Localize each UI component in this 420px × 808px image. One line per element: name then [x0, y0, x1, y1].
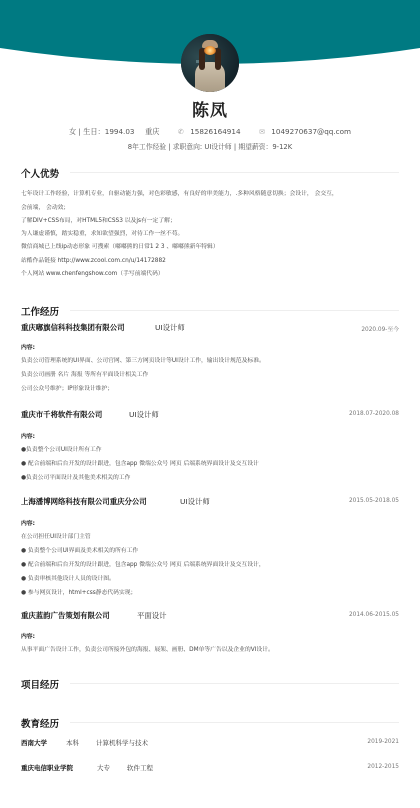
job-role: UI设计师: [180, 496, 210, 507]
edu-date: 2012-2015: [367, 764, 399, 770]
mail-icon: ✉: [259, 128, 265, 136]
section-divider: [70, 310, 399, 311]
job-line: 公司公众号维护；IP形象设计维护；: [21, 383, 113, 392]
section-title-projects: 项目经历: [21, 677, 59, 691]
job-line: 在公司担任UI设计部门主管: [21, 531, 91, 540]
job-line: ● 配合前端和后台开发的设计跟进，包含app 微端公众号 网页 后端系统界面设计…: [21, 559, 265, 568]
job-date: 2018.07-2020.08: [349, 411, 399, 417]
job-company: 上海潘博网络科技有限公司重庆分公司: [21, 496, 147, 507]
advantage-line: 了解DIV+CSS布局，对HTML5和CSS3 以及js有一定了解；: [21, 215, 176, 224]
job-line: 从事平面广告设计工作，负责公司所接外包的海报、展架、画册、DM单等广告以及企业的…: [21, 644, 274, 653]
advantage-line: 微信商城已上线ip动态形象 可搜索（嘟嘟熊的日常1 2 3 、嘟嘟熊新年特辑）: [21, 241, 219, 250]
job-company: 重庆嘟旗信科科技集团有限公司: [21, 322, 124, 333]
content-label: 内容:: [21, 431, 35, 440]
section-title-advantages: 个人优势: [21, 166, 59, 180]
job-company: 重庆蓝韵广告策划有限公司: [21, 610, 110, 621]
section-divider: [70, 722, 399, 723]
phone: 15826164914: [190, 127, 240, 136]
section-divider: [70, 172, 399, 173]
edu-degree: 大专: [97, 763, 110, 772]
section-title-education: 教育经历: [21, 716, 59, 730]
summary-line: 8年工作经验 | 求职意向: UI设计师 | 期望薪资：9-12K: [0, 141, 420, 151]
job-role: UI设计师: [155, 322, 185, 333]
job-line: ●负责公司平面设计及其他美术相关的工作: [21, 472, 130, 481]
job-date: 2015.05-2018.05: [349, 498, 399, 504]
job-line: ● 配合前端和后台开发的设计跟进，包含app 微端公众号 网页 后端系统界面设计…: [21, 458, 259, 467]
contact-line: 女 | 生日：1994.03 重庆 ✆ 15826164914 ✉ 104927…: [0, 127, 420, 137]
advantage-line: 为人谦虚谨慎，踏实稳重，求知欲望强烈，对待工作一丝不苟。: [21, 228, 183, 237]
city: 重庆: [145, 127, 159, 137]
edu-major: 计算机科学与技术: [96, 738, 148, 747]
content-label: 内容:: [21, 518, 35, 527]
avatar: [181, 34, 239, 92]
job-date: 2014.06-2015.05: [349, 612, 399, 618]
job-line: ● 负责审核其他设计人员的设计图。: [21, 573, 115, 582]
job-line: 负责公司画册 名片 海报 等所有平面设计相关工作: [21, 369, 148, 378]
section-divider: [70, 683, 399, 684]
phone-icon: ✆: [178, 128, 184, 136]
job-role: 平面设计: [137, 610, 167, 621]
edu-school: 西南大学: [21, 738, 47, 747]
job-line: 负责公司管理系统的UI界面、公司官网、第三方网页设计等UI设计工作，输出设计规范…: [21, 355, 265, 364]
portfolio-link[interactable]: 站酷作品链接 http://www.zcool.com.cn/u/1417288…: [21, 255, 166, 264]
website-link[interactable]: 个人网站 www.chenfengshow.com（手写前端代码）: [21, 268, 164, 277]
gender-birth: 女 | 生日：1994.03: [69, 127, 134, 137]
content-label: 内容:: [21, 631, 35, 640]
job-role: UI设计师: [129, 409, 159, 420]
job-line: ● 参与网页设计，html+css静态代码实现；: [21, 587, 136, 596]
advantage-line: 七年设计工作经验，计算机专业，自驱动能力强，对色彩敏感，有良好的审美能力，.多种…: [21, 188, 338, 197]
job-company: 重庆市千将软件有限公司: [21, 409, 102, 420]
edu-date: 2019-2021: [367, 739, 399, 745]
edu-degree: 本科: [66, 738, 79, 747]
edu-major: 软件工程: [127, 763, 153, 772]
job-date: 2020.09-至今: [361, 324, 399, 333]
profile-name: 陈凤: [0, 96, 420, 121]
section-title-work: 工作经历: [21, 304, 59, 318]
edu-school: 重庆电信职业学院: [21, 763, 73, 772]
content-label: 内容:: [21, 342, 35, 351]
advantage-line: 会前端， 会动效；: [21, 202, 69, 211]
email: 1049270637@qq.com: [271, 127, 351, 136]
job-line: ● 负责整个公司UI界面及美术相关的所有工作: [21, 545, 138, 554]
job-line: ●负责整个公司UI设计所有工作: [21, 444, 102, 453]
